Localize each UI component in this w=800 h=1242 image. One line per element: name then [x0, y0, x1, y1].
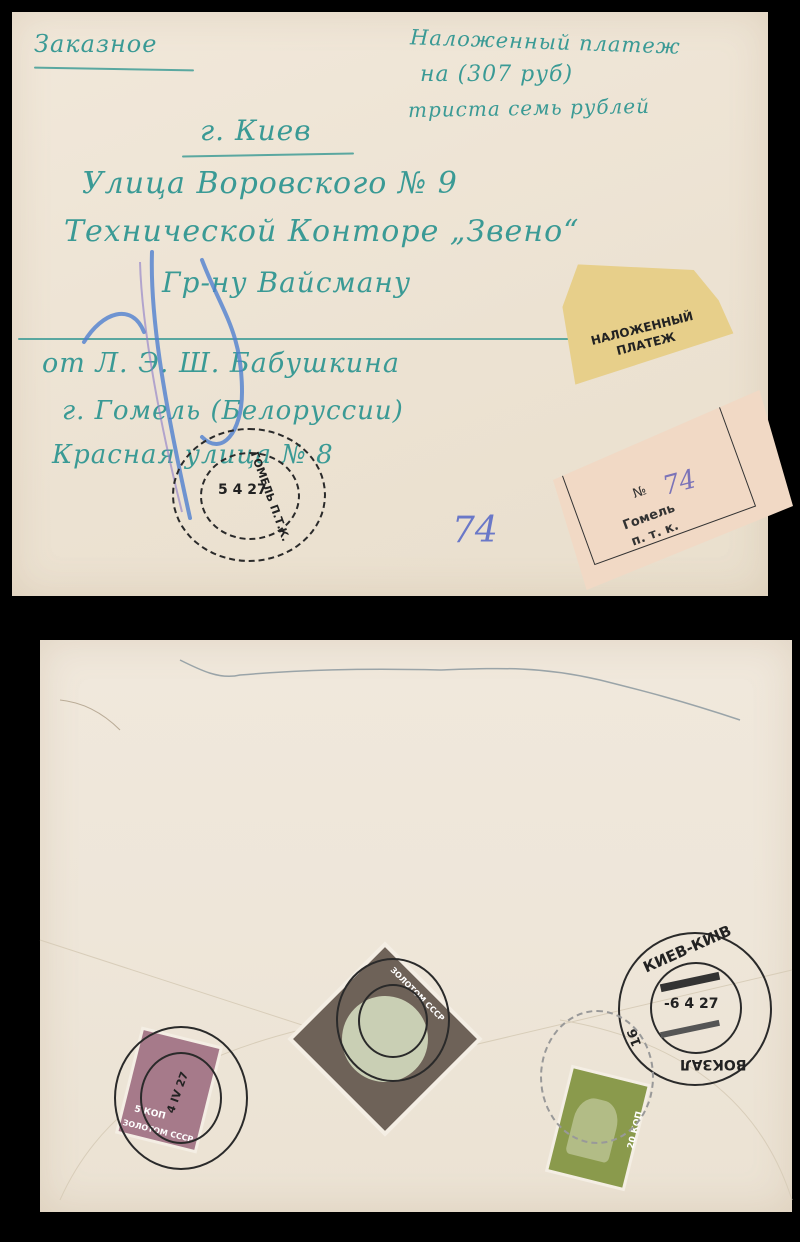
- pencil-number: 74: [452, 510, 498, 551]
- postmark-faint: [540, 1010, 654, 1144]
- postmark-gomel-back: 4 IV 27: [114, 1026, 248, 1170]
- postmark-gomel-front: 5 4 27 ГОМЕЛЬ П.Т.К.: [172, 428, 326, 562]
- postmark-center: [336, 958, 450, 1082]
- envelope-back: 5 КОП ЗОЛОТОМ СССР ЗОЛОТОМ СССР 20 КОП 4…: [40, 640, 792, 1212]
